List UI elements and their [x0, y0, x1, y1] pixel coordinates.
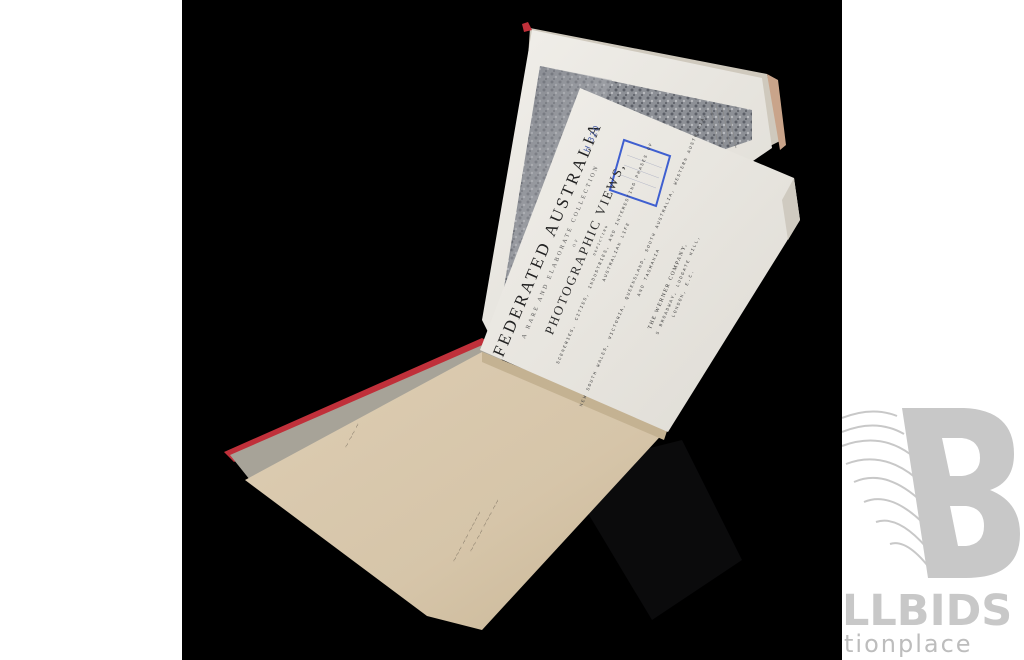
book-photo: FEDERATED AUSTRALIA A RARE AND ELABORATE…: [182, 0, 842, 660]
allbids-watermark: LLBIDS tionplace: [842, 398, 1024, 660]
allbids-logo-icon: [842, 398, 1024, 588]
watermark-brand: LLBIDS: [842, 586, 1012, 636]
watermark-tagline: tionplace: [844, 630, 973, 658]
